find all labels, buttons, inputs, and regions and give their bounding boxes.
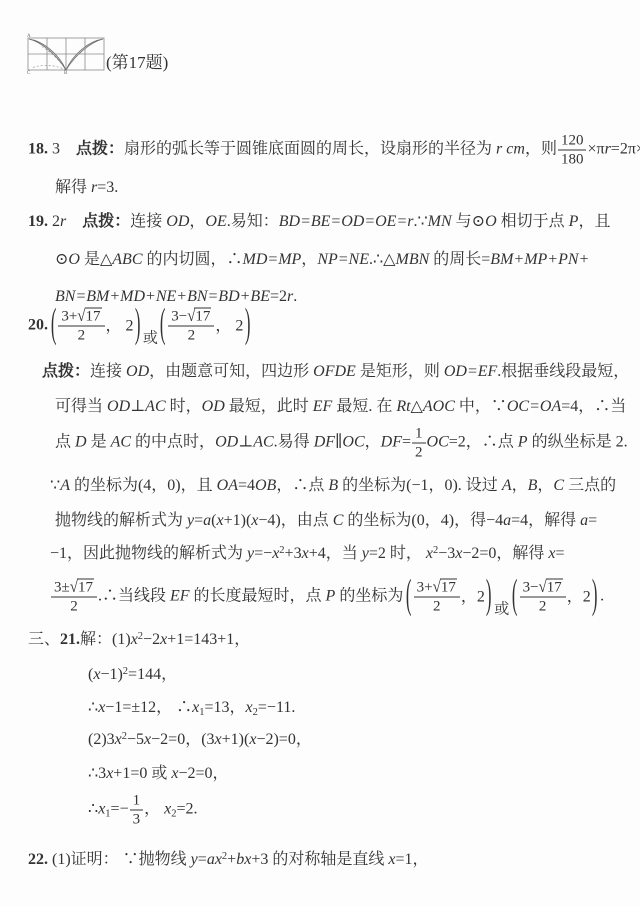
figure-label-c: C [27,71,31,74]
right-petal-shape [66,39,103,70]
left-petal-shape [29,39,66,70]
answer-line-20-7: 3±√172.∴当线段 EF 的长度最短时，点 P 的坐标为(3+√172，2)… [50,579,604,616]
answer-line-21-3: ∴x−1=±12， ∴x1=13，x2=−11. [88,698,295,718]
answer-line-21-4: (2)3x2−5x−2=0，(3x+1)(x−2)=0， [88,730,312,750]
answer-line-20-4: ∵A 的坐标为(4，0)，且 OA=4OB，∴点 B 的坐标为(−1，0). 设… [50,476,616,496]
answer-line-20-2: 可得当 OD⊥AC 时，OD 最短，此时 EF 最短. 在 Rt△AOC 中，∵… [55,397,626,417]
petals-grid-svg: A C B [27,32,107,74]
answer-line-19-2: ⊙O 是△ABC 的内切圆，∴MD=MP，NP=NE.∴△MBN 的周长=BM+… [55,250,589,270]
answer-line-21-6: ∴x1=−13， x2=2. [88,792,198,829]
answer-key-page: A C B (第17题) 18. 3 点拨：扇形的弧长等于圆锥底面圆的周长，设扇… [0,0,640,906]
answer-line-20-6: −1，因此抛物线的解析式为 y=−x2+3x+4，当 y=2 时， x2−3x−… [50,544,565,564]
answer-line-19-1: 19. 2r 点拨：连接 OD，OE.易知：BD=BE=OD=OE=r.∵MN … [28,212,610,232]
answer-line-21-1: 三、21.解：(1)x2−2x+1=143+1， [28,630,250,650]
answer-line-20-result: 20.(3+√172， 2)或(3−√172， 2) [28,308,253,345]
answer-line-21-5: ∴3x+1=0 或 x−2=0， [88,764,229,784]
answer-line-22-1: 22. (1)证明： ∵抛物线 y=ax2+bx+3 的对称轴是直线 x=1， [28,850,428,870]
answer-line-18-1: 18. 3 点拨：扇形的弧长等于圆锥底面圆的周长，设扇形的半径为 r cm，则1… [28,132,640,169]
figure-label-a: A [27,34,31,39]
answer-line-20-5: 抛物线的解析式为 y=a(x+1)(x−4)，由点 C 的坐标为(0，4)，得−… [55,511,597,531]
answer-line-21-2: (x−1)2=144， [88,665,177,685]
problem-17-figure: A C B [27,32,107,74]
answer-line-19-3: BN=BM+MD+NE+BN=BD+BE=2r. [55,287,297,307]
answer-line-18-2: 解得 r=3. [55,178,118,198]
figure-caption: (第17题) [106,52,168,73]
figure-label-b: B [64,71,68,74]
answer-line-20-1: 点拨：连接 OD，由题意可知，四边形 OFDE 是矩形，则 OD=EF.根据垂线… [42,362,629,382]
answer-line-20-3: 点 D 是 AC 的中点时，OD⊥AC.易得 DF∥OC，DF=12OC=2，∴… [55,425,628,462]
